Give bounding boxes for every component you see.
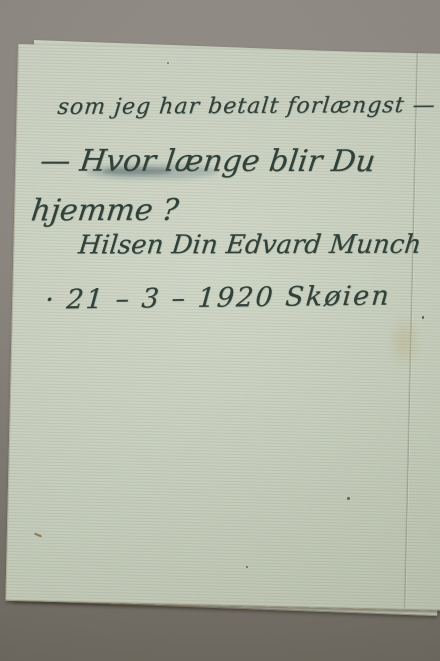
paper-speck: [422, 316, 424, 319]
handwriting-signature-line: Hilsen Din Edvard Munch: [77, 230, 423, 261]
paper-speck: [246, 566, 248, 568]
photograph-of-letter: som jeg har betalt forlængst — — Hvor læ…: [0, 0, 440, 661]
handwriting-line-3: hjemme ?: [29, 193, 180, 228]
handwriting-line-1: som jeg har betalt forlængst —: [56, 93, 437, 120]
paper-speck: [347, 497, 350, 500]
letter-page: som jeg har betalt forlængst — — Hvor læ…: [5, 44, 440, 611]
paper-speck: [167, 62, 169, 64]
handwriting-date-place-line: · 21 – 3 – 1920 Skøien: [44, 281, 392, 316]
handwriting-line-2: — Hvor længe blir Du: [38, 144, 377, 180]
